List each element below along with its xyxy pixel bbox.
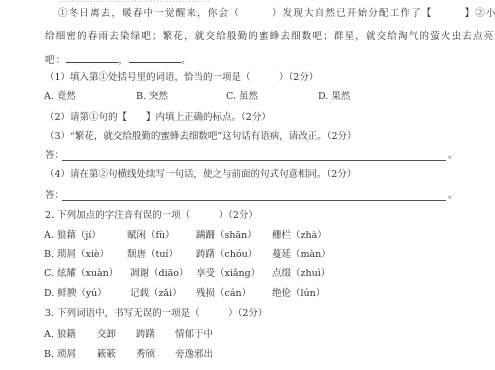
question2-option-a-2: 赋闲（fù）: [127, 230, 175, 242]
question2-option-a-1[interactable]: A. 狼藉（jí）: [44, 230, 101, 242]
question2-option-b-2: 颓唐（tuí）: [127, 249, 178, 261]
question2-option-b-4: 蔓延（màn）: [272, 249, 331, 261]
cropped-top-line: …………………………………………: [58, 0, 210, 6]
q4-answer-end: 。: [448, 190, 458, 202]
question3-option-b-2: 簌簌: [97, 349, 116, 361]
q1-option-c[interactable]: C. 虽然: [226, 91, 258, 103]
question3-option-a-4: 情郁于中: [175, 329, 213, 341]
q4-stem: （4）请在第②句横线处续写一句话，使之与前面的句式句意相同。（2分）: [45, 169, 356, 181]
q3-answer-end: 。: [448, 150, 458, 162]
fill-blank-2[interactable]: [129, 54, 181, 63]
q1-stem: （1）填入第①处括号里的词语，恰当的一项是（ ）（2分）: [45, 72, 318, 84]
passage-line-3-prefix: 吧：: [45, 55, 66, 66]
question2-option-d-2: 记载（zǎi）: [130, 288, 182, 300]
q3-answer-line[interactable]: [62, 160, 446, 161]
q1-option-d[interactable]: D. 果然: [318, 91, 350, 103]
passage-line-3: 吧：，。: [45, 54, 192, 67]
question2-option-b-3: 踌躇（chóu）: [196, 249, 257, 261]
question2-option-a-3: 蹒跚（shān）: [196, 230, 257, 242]
passage-line-1: ①冬日离去，暖春中一觉醒来，你会（ ）发现大自然已开始分配工作了【 】②小草，就…: [58, 8, 495, 20]
question2-option-b-1[interactable]: B. 琐屑（xiè）: [44, 249, 109, 261]
q3-stem: （3）“繁花，就交给殷勤的蜜蜂去细数吧”这句话有语病，请改正。（2分）: [45, 131, 357, 143]
question2-option-d-4: 绝伦（lún）: [272, 288, 325, 300]
q2-stem: （2）请第①句的【 】内填上正确的标点。（2分）: [45, 112, 271, 124]
passage-line-3-end: 。: [181, 55, 192, 66]
question2-option-c-4: 点缀（zhuì）: [272, 268, 330, 280]
question3-stem: 3. 下列词语中，书写无误的一项是（ ）（2分）: [45, 308, 267, 320]
question3-option-b-3: 秀颀: [136, 349, 155, 361]
question3-option-b-4: 旁逸邪出: [175, 349, 213, 361]
question2-option-a-4: 栅栏（zhà）: [272, 230, 327, 242]
question2-option-d-1[interactable]: D. 鲜腴（yú）: [44, 288, 107, 300]
question2-option-d-3: 残损（cán）: [196, 288, 251, 300]
q4-answer-line[interactable]: [62, 200, 446, 201]
q1-option-a[interactable]: A. 竟然: [44, 91, 76, 103]
question2-stem: 2. 下列加点的字注音有误的一项（ ）（2分）: [45, 210, 258, 222]
blank-separator: ，: [118, 55, 129, 66]
question2-option-c-3: 享受（xiǎng）: [196, 268, 260, 280]
question2-option-c-2: 凋谢（diāo）: [130, 268, 189, 280]
question3-option-a-3: 踌躇: [136, 329, 155, 341]
exam-page: ………………………………………… ①冬日离去，暖春中一觉醒来，你会（ ）发现大自…: [0, 0, 495, 370]
question2-option-c-1[interactable]: C. 炫耀（xuàn）: [44, 268, 118, 280]
question3-option-a-2: 交卸: [97, 329, 116, 341]
q1-option-b[interactable]: B. 突然: [136, 91, 168, 103]
question3-option-a-1[interactable]: A. 狼籍: [44, 329, 76, 341]
question3-option-b-1[interactable]: B. 琐屑: [44, 349, 76, 361]
fill-blank-1[interactable]: [66, 54, 118, 63]
passage-line-2: 给细密的春雨去染绿吧；繁花，就交给殷勤的蜜蜂去细数吧；群星，就交给淘气的萤火虫去…: [45, 31, 494, 43]
